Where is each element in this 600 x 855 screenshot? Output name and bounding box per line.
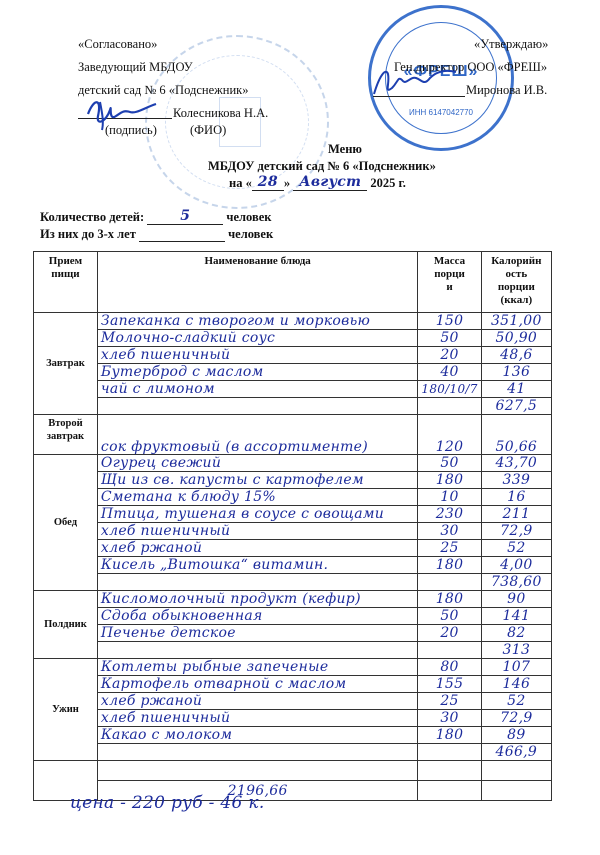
approval-left-line1: «Согласовано» [78, 37, 157, 52]
dish-name: хлеб пшеничный [101, 347, 230, 363]
dish-name: Огурец свежий [101, 455, 221, 471]
dish-name: хлеб ржаной [101, 693, 202, 709]
dish-mass: 150 [436, 313, 464, 329]
table-row: хлеб пшеничный3072,9 [34, 523, 552, 540]
dish-kcal: 141 [503, 608, 531, 624]
table-row: ЗавтракЗапеканка с творогом и морковью15… [34, 313, 552, 330]
table-row: Молочно-сладкий соус5050,90 [34, 330, 552, 347]
header-mass: Массапорции [418, 252, 481, 313]
dish-kcal: 43,70 [496, 455, 538, 471]
dish-name: Молочно-сладкий соус [101, 330, 275, 346]
table-header-row: Приемпищи Наименование блюда Массапорции… [34, 252, 552, 313]
dish-mass: 155 [436, 676, 464, 692]
date-mid: » [284, 176, 290, 190]
dish-name: Котлеты рыбные запеченые [101, 659, 329, 675]
table-row: ПолдникКисломолочный продукт (кефир)1809… [34, 591, 552, 608]
table-row: чай с лимоном180/10/741 [34, 381, 552, 398]
dish-name: Картофель отварной с маслом [101, 676, 347, 692]
price-note: цена - 220 руб - 46 к. [70, 793, 265, 813]
meal-name: Ужин [34, 659, 98, 761]
dish-mass: 50 [440, 608, 458, 624]
approval-left-signer: Колесникова Н.А. [173, 106, 268, 121]
date-month: Август [293, 174, 367, 191]
meal-name: Второй завтрак [34, 415, 98, 455]
dish-name: Кисломолочный продукт (кефир) [101, 591, 361, 607]
date-day: 28 [252, 174, 284, 191]
stamp-emblem [219, 97, 261, 147]
dish-mass: 50 [440, 330, 458, 346]
children-count-unit: человек [226, 210, 271, 224]
dish-kcal: 72,9 [500, 710, 532, 726]
table-row: Щи из св. капусты с картофелем180339 [34, 472, 552, 489]
dish-mass: 80 [440, 659, 458, 675]
header-meal: Приемпищи [34, 252, 98, 313]
dish-kcal: 82 [507, 625, 525, 641]
dish-kcal: 339 [503, 472, 531, 488]
date-year: 2025 г. [370, 176, 406, 190]
dish-kcal: 41 [507, 381, 525, 397]
table-row: Кисель „Витошка“ витамин.1804,00 [34, 557, 552, 574]
dish-mass: 230 [436, 506, 464, 522]
dish-kcal: 211 [503, 506, 531, 522]
meal-total-row: 313 [34, 642, 552, 659]
blank-row [34, 761, 552, 781]
table-row: Второй завтраксок фруктовый (в ассортиме… [34, 415, 552, 455]
signature-caption: (подпись) [105, 123, 157, 138]
dish-name: Щи из св. капусты с картофелем [101, 472, 364, 488]
meal-total-row: 627,5 [34, 398, 552, 415]
dish-mass: 180/10/7 [421, 382, 477, 396]
dish-name: Бутерброд с маслом [101, 364, 264, 380]
table-row: Печенье детское2082 [34, 625, 552, 642]
dish-name: сок фруктовый (в ассортименте) [101, 439, 368, 455]
header-dish: Наименование блюда [97, 252, 417, 313]
dish-mass: 180 [436, 557, 464, 573]
dish-mass: 20 [440, 347, 458, 363]
dish-kcal: 107 [503, 659, 531, 675]
dish-kcal: 89 [507, 727, 525, 743]
date-prefix: на « [229, 176, 252, 190]
dish-name: Печенье детское [101, 625, 236, 641]
table-row: Сметана к блюду 15%1016 [34, 489, 552, 506]
dish-kcal: 52 [507, 693, 525, 709]
table-row: Бутерброд с маслом40136 [34, 364, 552, 381]
signature-right-icon [368, 64, 458, 100]
children-under3-value [139, 229, 225, 242]
dish-kcal: 16 [507, 489, 525, 505]
dish-kcal: 351,00 [491, 313, 542, 329]
menu-subtitle: МБДОУ детский сад № 6 «Подснежник» [208, 159, 436, 174]
dish-mass: 40 [440, 364, 458, 380]
menu-date: на «28» Август 2025 г. [229, 174, 406, 191]
dish-mass: 25 [440, 693, 458, 709]
menu-title: Меню [0, 142, 600, 157]
table-row: Сдоба обыкновенная50141 [34, 608, 552, 625]
dish-kcal: 52 [507, 540, 525, 556]
approval-right-line1: «Утверждаю» [474, 37, 548, 52]
dish-kcal: 136 [503, 364, 531, 380]
dish-mass: 180 [436, 727, 464, 743]
dish-name: хлеб пшеничный [101, 710, 230, 726]
table-row: хлеб пшеничный3072,9 [34, 710, 552, 727]
stamp-inn: ИНН 6147042770 [371, 108, 511, 117]
table-row: ОбедОгурец свежий5043,70 [34, 455, 552, 472]
table-row: хлеб ржаной2552 [34, 693, 552, 710]
approval-left-line2: Заведующий МБДОУ [78, 60, 193, 75]
header-kcal: Калорийностьпорции(ккал) [481, 252, 551, 313]
children-count-row: Количество детей: 5 человек [40, 208, 271, 225]
dish-kcal: 72,9 [500, 523, 532, 539]
table-row: хлеб пшеничный2048,6 [34, 347, 552, 364]
dish-kcal: 146 [503, 676, 531, 692]
dish-mass: 10 [440, 489, 458, 505]
table-row: УжинКотлеты рыбные запеченые80107 [34, 659, 552, 676]
meal-total-kcal: 313 [503, 642, 531, 658]
dish-name: Запеканка с творогом и морковью [101, 313, 370, 329]
dish-name: Какао с молоком [101, 727, 232, 743]
dish-mass: 20 [440, 625, 458, 641]
children-count-value: 5 [147, 208, 223, 225]
approval-right-signer: Миронова И.В. [466, 83, 547, 98]
meal-total-kcal: 738,60 [491, 574, 542, 590]
meal-total-row: 738,60 [34, 574, 552, 591]
meal-name: Полдник [34, 591, 98, 659]
meal-name: Завтрак [34, 313, 98, 415]
dish-name: хлеб пшеничный [101, 523, 230, 539]
dish-name: хлеб ржаной [101, 540, 202, 556]
table-row: Картофель отварной с маслом155146 [34, 676, 552, 693]
table-row: Какао с молоком18089 [34, 727, 552, 744]
dish-kcal: 4,00 [500, 557, 532, 573]
dish-name: Кисель „Витошка“ витамин. [101, 557, 328, 573]
dish-name: Сдоба обыкновенная [101, 608, 263, 624]
dish-kcal: 90 [507, 591, 525, 607]
table-row: Птица, тушеная в соусе с овощами230211 [34, 506, 552, 523]
meal-total-kcal: 466,9 [496, 744, 538, 760]
dish-mass: 25 [440, 540, 458, 556]
dish-mass: 180 [436, 472, 464, 488]
dish-name: Сметана к блюду 15% [101, 489, 276, 505]
dish-mass: 180 [436, 591, 464, 607]
dish-mass: 50 [440, 455, 458, 471]
menu-table: Приемпищи Наименование блюда Массапорции… [33, 251, 552, 801]
dish-mass: 30 [440, 710, 458, 726]
dish-kcal: 50,90 [496, 330, 538, 346]
name-caption: (ФИО) [190, 123, 226, 138]
children-count-label: Количество детей: [40, 210, 144, 224]
meal-name: Обед [34, 455, 98, 591]
dish-name: Птица, тушеная в соусе с овощами [101, 506, 384, 522]
dish-kcal: 48,6 [500, 347, 532, 363]
dish-mass: 120 [436, 439, 464, 455]
table-row: хлеб ржаной2552 [34, 540, 552, 557]
dish-kcal: 50,66 [496, 439, 538, 455]
dish-mass: 30 [440, 523, 458, 539]
children-under3-label: Из них до 3-х лет [40, 227, 136, 241]
meal-total-kcal: 627,5 [496, 398, 538, 414]
children-under3-row: Из них до 3-х лет человек [40, 227, 273, 242]
children-under3-unit: человек [228, 227, 273, 241]
meal-total-row: 466,9 [34, 744, 552, 761]
dish-name: чай с лимоном [101, 381, 215, 397]
